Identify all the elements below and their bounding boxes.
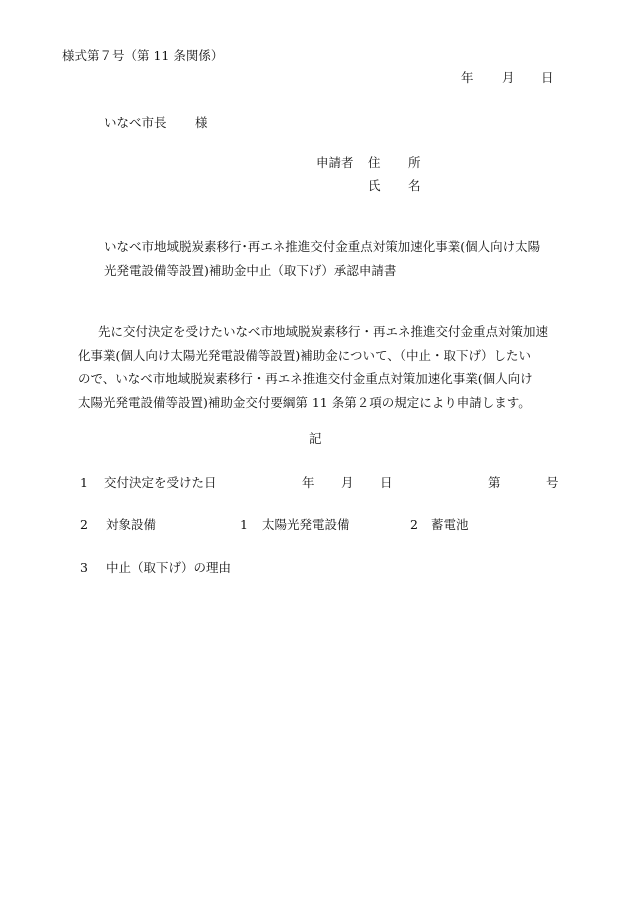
applicant-label: 申請者 — [316, 157, 354, 170]
item-2-option-1-label: 太陽光発電設備 — [262, 519, 350, 532]
date-year-label: 年 — [461, 72, 474, 85]
title-line-1: いなべ市地域脱炭素移行･再エネ推進交付金重点対策加速化事業(個人向け太陽 — [104, 241, 540, 254]
item-3-label: 中止（取下げ）の理由 — [106, 562, 231, 575]
body-line-3: ので、いなべ市地域脱炭素移行・再エネ推進交付金重点対策加速化事業(個人向け — [78, 367, 588, 391]
item-1-month: 月 — [341, 477, 354, 490]
address-label-1: 住 — [368, 157, 381, 170]
item-1-dai: 第 — [488, 477, 501, 490]
item-2-option-1-number: 1 — [240, 519, 248, 532]
item-3-number: 3 — [80, 562, 88, 575]
body-paragraph: 先に交付決定を受けたいなべ市地域脱炭素移行・再エネ推進交付金重点対策加速 化事業… — [78, 320, 588, 414]
item-2-option-2-number: 2 — [410, 519, 418, 532]
addressee-name: いなべ市長 — [104, 117, 167, 130]
addressee-honorific: 様 — [195, 117, 208, 130]
title-line-2: 光発電設備等設置)補助金中止（取下げ）承認申請書 — [104, 265, 396, 278]
item-1-year: 年 — [302, 477, 315, 490]
item-2-option-2-label: 蓄電池 — [431, 519, 469, 532]
item-1-go: 号 — [546, 477, 559, 490]
item-1-label: 交付決定を受けた日 — [104, 477, 217, 490]
item-2-label: 対象設備 — [106, 519, 156, 532]
body-line-2: 化事業(個人向け太陽光発電設備等設置)補助金について、（中止・取下げ）したい — [78, 344, 588, 368]
form-number: 様式第７号（第 11 条関係） — [62, 50, 223, 63]
date-month-label: 月 — [502, 72, 515, 85]
name-label-2: 名 — [408, 180, 421, 193]
item-1-number: 1 — [80, 477, 88, 490]
item-1-day: 日 — [380, 477, 393, 490]
item-2-number: 2 — [80, 519, 88, 532]
body-line-4: 太陽光発電設備等設置)補助金交付要綱第 11 条第２項の規定により申請します。 — [78, 391, 588, 415]
name-label-1: 氏 — [368, 180, 381, 193]
address-label-2: 所 — [408, 157, 421, 170]
ki-heading: 記 — [309, 433, 322, 446]
body-line-1: 先に交付決定を受けたいなべ市地域脱炭素移行・再エネ推進交付金重点対策加速 — [78, 320, 588, 344]
date-day-label: 日 — [541, 72, 554, 85]
